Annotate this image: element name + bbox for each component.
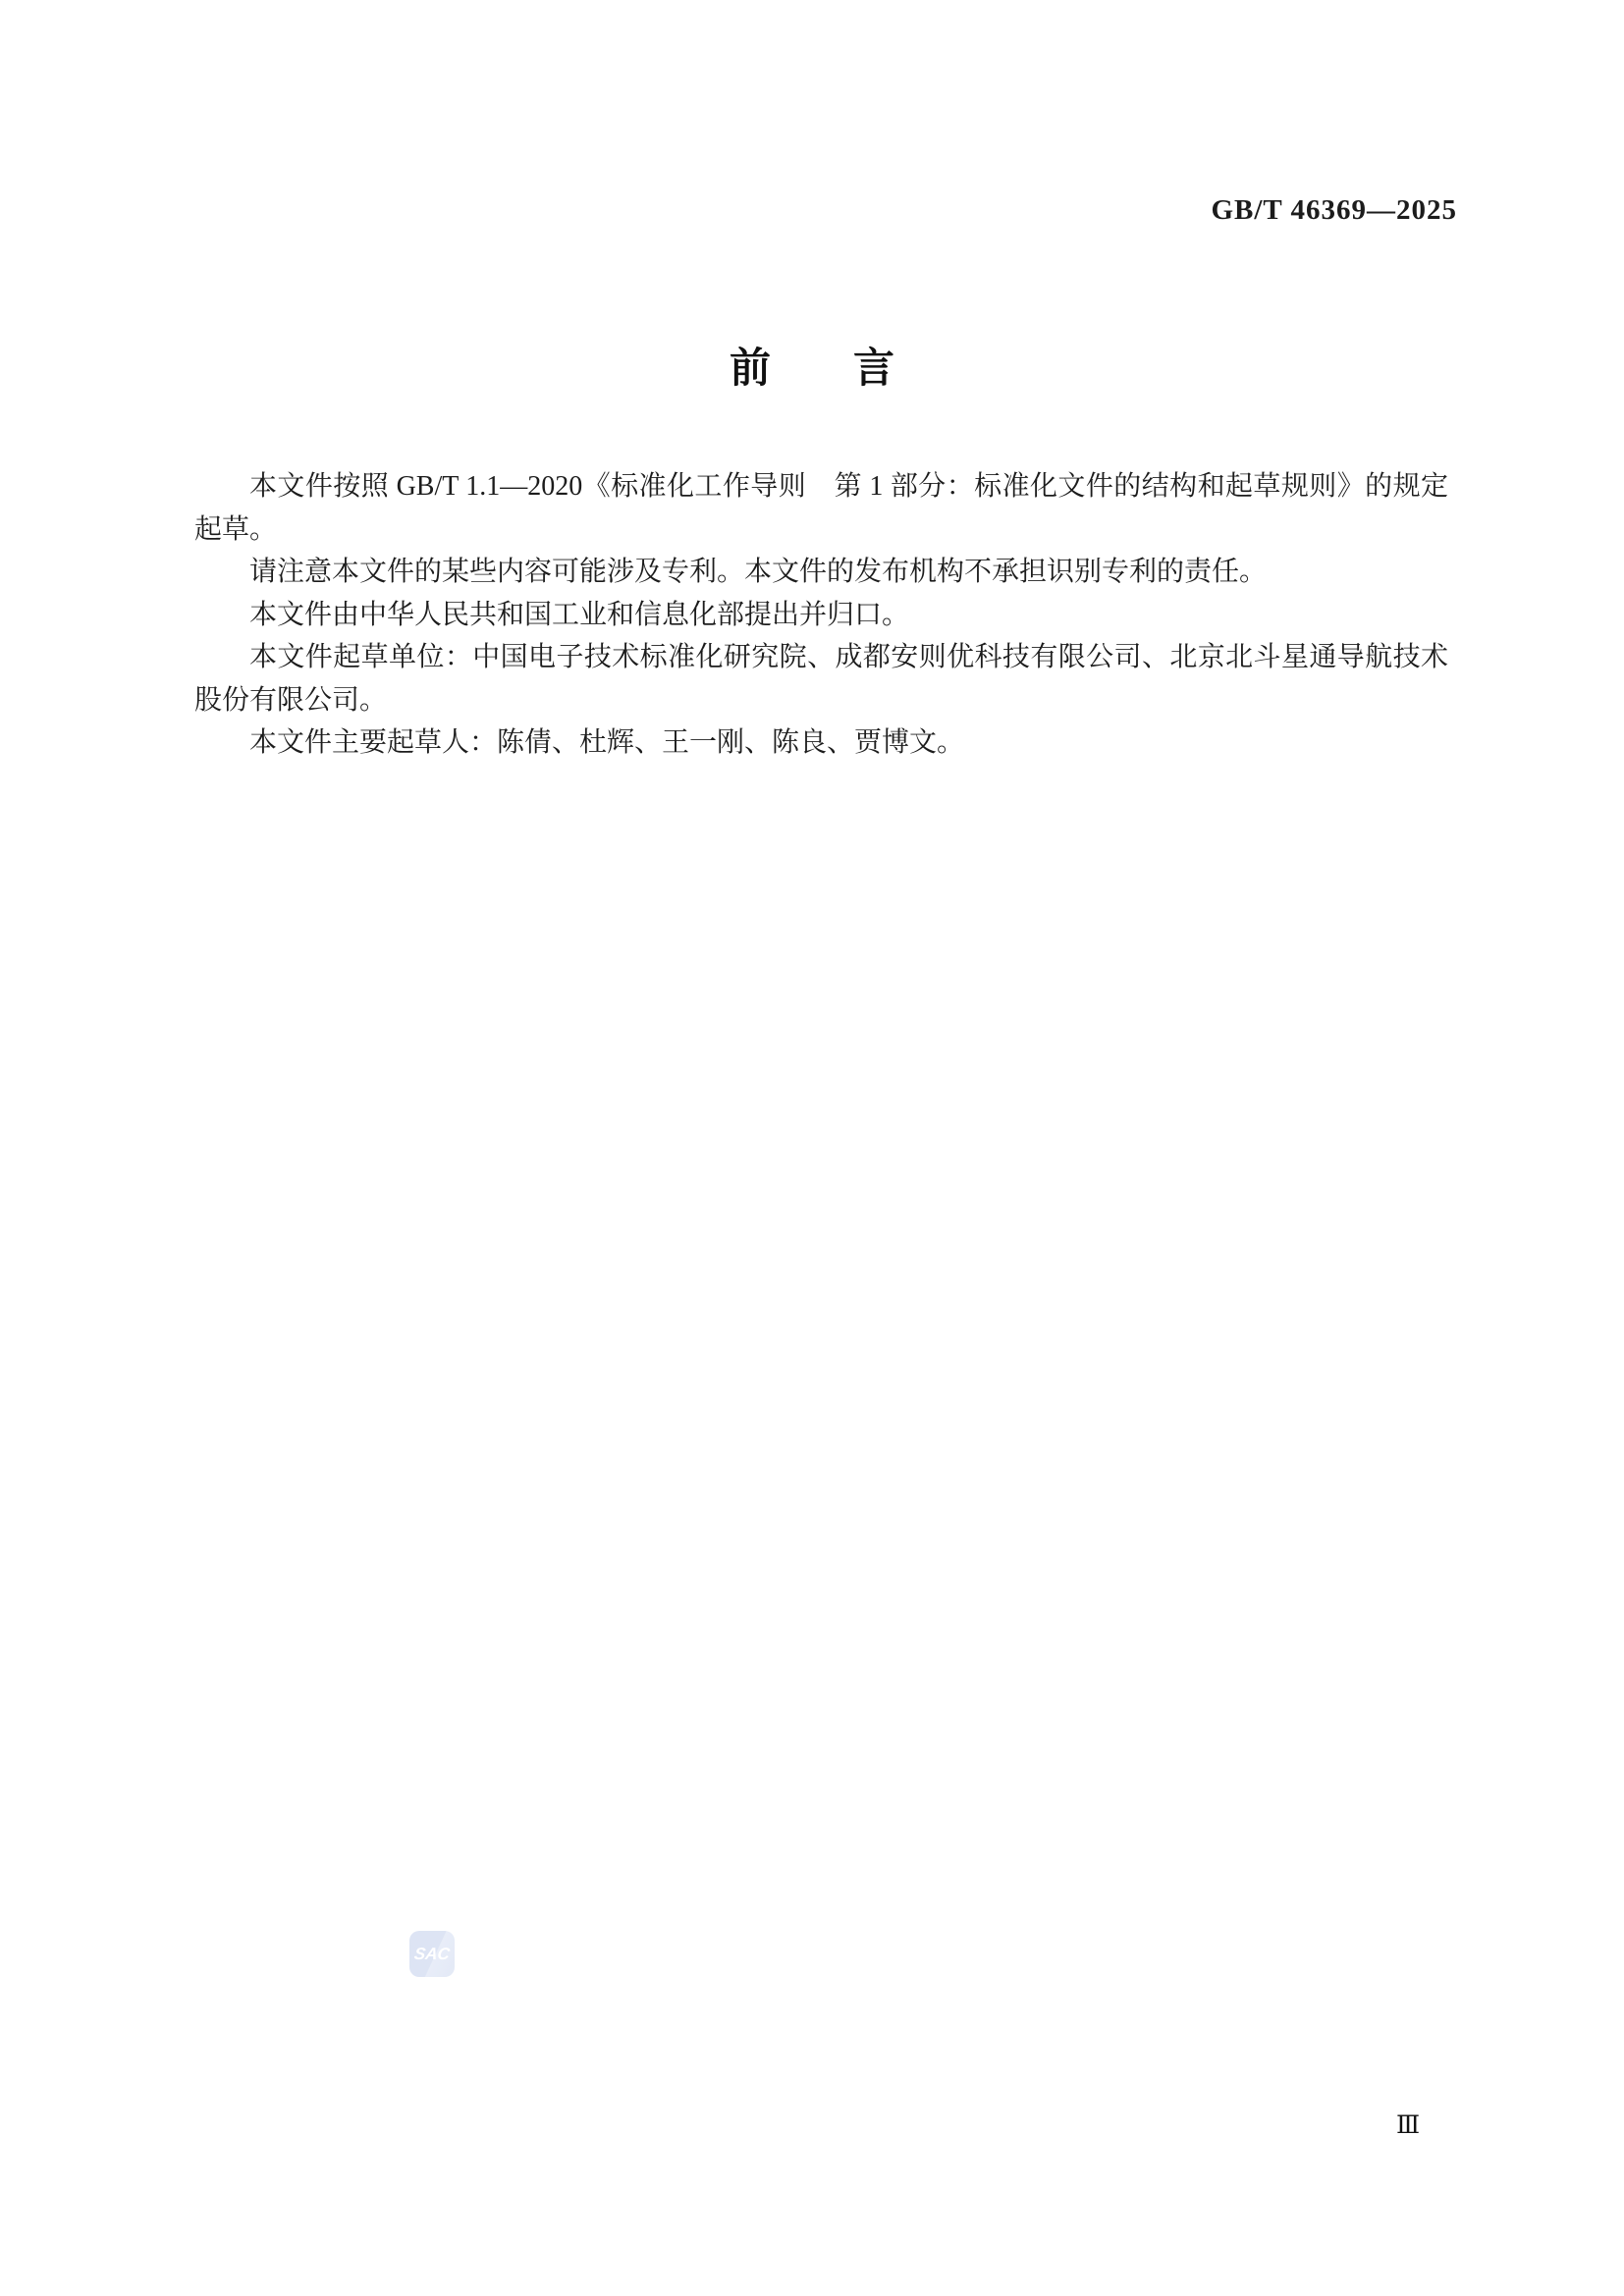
document-page: GB/T 46369—2025 前 言 本文件按照 GB/T 1.1—2020《…: [0, 0, 1624, 2296]
foreword-paragraph-drafters: 本文件主要起草人：陈倩、杜辉、王一刚、陈良、贾博文。: [194, 721, 1448, 765]
sac-logo-watermark: SAC: [409, 1931, 455, 1977]
foreword-paragraph-issuing-body: 本文件由中华人民共和国工业和信息化部提出并归口。: [194, 594, 1448, 637]
foreword-paragraph-patent-notice: 请注意本文件的某些内容可能涉及专利。本文件的发布机构不承担识别专利的责任。: [194, 551, 1448, 594]
sac-logo-text: SAC: [413, 1946, 451, 1962]
standard-number: GB/T 46369—2025: [1211, 194, 1457, 227]
foreword-paragraph-drafting-rules: 本文件按照 GB/T 1.1—2020《标准化工作导则 第 1 部分：标准化文件…: [194, 465, 1448, 551]
foreword-paragraph-drafting-organizations: 本文件起草单位：中国电子技术标准化研究院、成都安则优科技有限公司、北京北斗星通导…: [194, 636, 1448, 721]
foreword-body: 本文件按照 GB/T 1.1—2020《标准化工作导则 第 1 部分：标准化文件…: [194, 465, 1448, 765]
page-number: Ⅲ: [1396, 2110, 1420, 2139]
page-title: 前 言: [0, 336, 1624, 395]
